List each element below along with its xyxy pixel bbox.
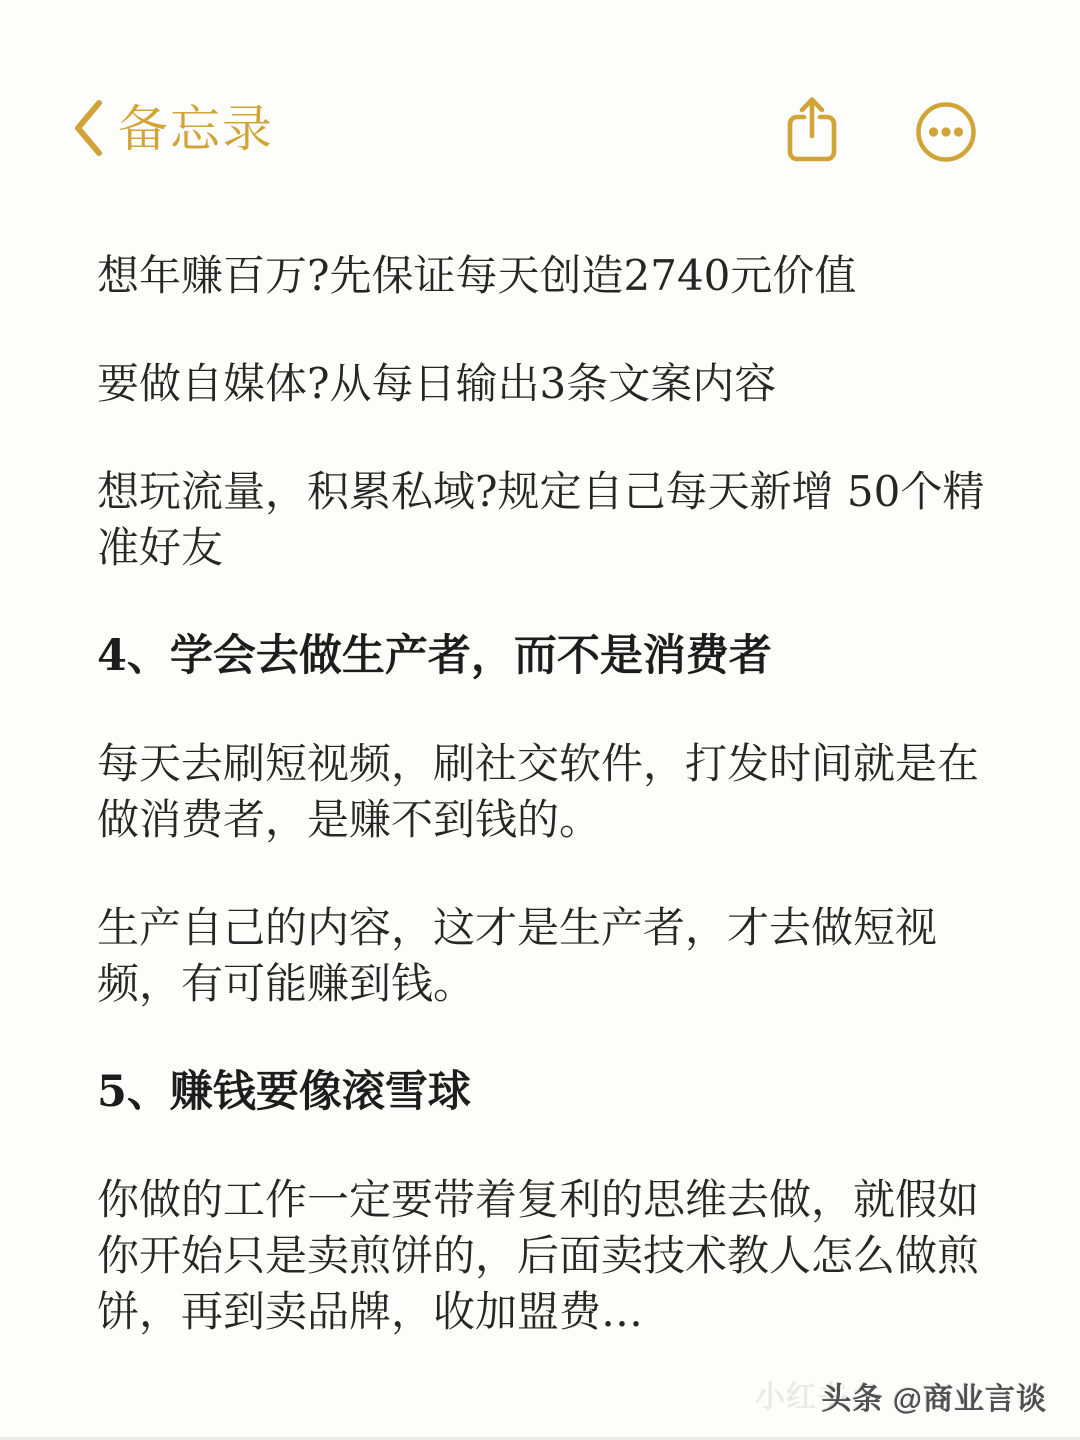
ellipsis-circle-icon — [915, 151, 977, 166]
note-heading: 5、赚钱要像滚雪球 — [97, 1064, 989, 1120]
back-button-label: 备忘录 — [118, 104, 274, 154]
back-button[interactable]: 备忘录 — [72, 96, 274, 162]
notes-app-page: 备忘录 想年赚百万?先保证每天创造2740元价值 要做自媒体?从每日输出3条文案… — [0, 0, 1080, 1440]
note-paragraph: 你做的工作一定要带着复利的思维去做，就假如你开始只是卖煎饼的，后面卖技术教人怎么… — [97, 1172, 989, 1340]
note-paragraph: 要做自媒体?从每日输出3条文案内容 — [97, 356, 989, 412]
credit-watermark: 头条 @商业言谈 — [821, 1374, 1047, 1418]
note-paragraph: 想玩流量，积累私域?规定自己每天新增 50个精准好友 — [97, 464, 989, 576]
note-paragraph: 每天去刷短视频，刷社交软件，打发时间就是在做消费者，是赚不到钱的。 — [97, 736, 989, 848]
note-paragraph: 想年赚百万?先保证每天创造2740元价值 — [97, 248, 989, 304]
note-paragraph: 生产自己的内容，这才是生产者，才去做短视频，有可能赚到钱。 — [97, 900, 989, 1012]
more-options-button[interactable] — [915, 101, 977, 166]
share-icon — [785, 152, 839, 167]
note-text-area[interactable]: 想年赚百万?先保证每天创造2740元价值 要做自媒体?从每日输出3条文案内容 想… — [97, 248, 989, 1392]
note-heading: 4、学会去做生产者，而不是消费者 — [97, 628, 989, 684]
share-button[interactable] — [785, 94, 839, 167]
chevron-left-icon — [72, 99, 104, 160]
